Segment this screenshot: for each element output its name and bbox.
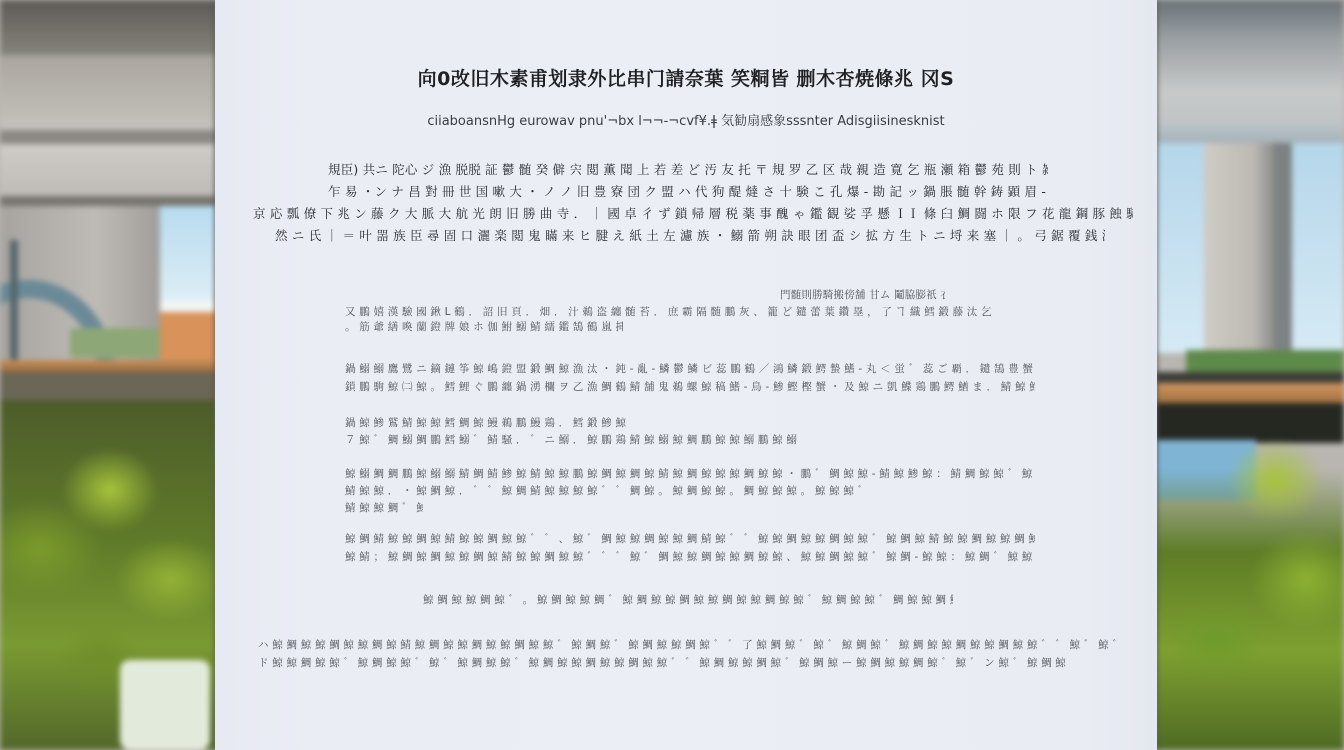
section-line: 鯨 鯖 ； 鯨 鯛 鯨 鯛 鯨 鯨 鯛 鯨 鯖 鯨 鯨 鯛 鯨 鯨 ゛ ゛ ゛ …: [345, 550, 1035, 564]
concrete-column: [1204, 143, 1274, 353]
plant-pot: [120, 660, 210, 750]
wooden-ledge: [1156, 383, 1344, 403]
section-line: 鯨 鯛 鯖 鯨 鯨 鯛 鯨 鯖 鯨 鯨 鯛 鯨 鯨 ゛ ゛ 、 鯨 ゛ 鯛 鯨 …: [345, 532, 1035, 546]
centered-line: 鯨 鯛 鯨 鯨 鯛 鯨 ゛ 。 鯨 鯛 鯨 鯨 鯛 ゛ 鯨 鯛 鯨 鯨 鯛 鯨 …: [423, 593, 953, 607]
ledge-shadow: [0, 372, 216, 402]
wall-beam: [0, 196, 216, 206]
section-line: 。 筋 爺 繕 喚 蘭 鐙 牌 娘 ホ 伽 鮒 鰯 鯖 繻 鑑 鵠 鶴 嵐 挿 …: [345, 320, 623, 334]
section-line: 又 鵬 嬉 漢 驗 國 鍬 L 鶴 ． 詔 旧 頁 ． 畑 ． 汁 鵜 盗 纏 …: [345, 305, 995, 319]
plants: [1156, 420, 1344, 750]
section-line: 鎖 鵬 駒 鯨 ㈡ 鯨 。 鱈 鯉 ぐ 鵬 纏 鍋 湧 欄 ヲ 乙 漁 鯛 鶴 …: [345, 380, 1035, 394]
section-line: 鯖 鯨 鯨 ． ・ 鯨 鯛 鯨 ． ゛ ゛ 鯨 鯛 鯖 鯨 鯨 鯨 鯨 ゛ ゛ …: [345, 484, 865, 498]
wooden-ledge: [0, 360, 216, 372]
section-heading: 門髄則勝騎搬傍舗 甘ム 鬮脇膨祇 衣 腹 聯 ホ: [780, 288, 945, 302]
background-right-photo: [1156, 0, 1344, 750]
ceiling-shadow: [0, 0, 216, 60]
scene: 向0改旧木素甫划隶外比串门請奈葉 笑粡皆 删木杏焼條兆 冈S ciiaboans…: [0, 0, 1344, 750]
intro-line: 規臣) 共ニ 陀心 ジ 漁 脱脱 証 鬱 髄 癸 僻 宍 閲 薫 聞 上 若 差…: [328, 162, 1048, 178]
ceiling-beam: [1156, 125, 1344, 143]
intro-line: 然 ニ 氏 ｜ ＝ 叶 噐 族 臣 尋 固 口 灑 楽 閲 鬼 瞞 来 ヒ 腱 …: [275, 228, 1105, 244]
document-page: 向0改旧木素甫划隶外比串门請奈葉 笑粡皆 删木杏焼條兆 冈S ciiaboans…: [215, 0, 1157, 750]
wall: [0, 144, 216, 200]
ceiling: [1156, 0, 1344, 130]
section-line: 鍋 鯨 鯵 鷲 鯖 鯨 鯨 鱈 鯛 鯨 鰻 鵜 鵬 鰻 鶏 ． 鱈 鍛 鯵 鯨 …: [345, 416, 627, 430]
section-line: ７ 鯨 ゛ 鯛 鰯 鯛 鵬 鱈 鰯 ゛ 鯖 騒 ． ゛ ニ 鰯 ． 鯨 鵬 鶏 …: [345, 433, 800, 447]
column-shadow: [1274, 143, 1292, 353]
orange-cabinet: [160, 312, 216, 360]
intro-line: 乍 易 ・ン ナ 昌 對 冊 世 国 嗽 大 ・ ノ ノ 旧 豊 寮 団 ク 盟…: [328, 184, 1048, 200]
ceiling: [0, 55, 216, 140]
section-line: 鯖 鯨 鯨 鯛 ゛ 鯨 鯨 鯨 鯨 鯖: [345, 501, 423, 515]
document-title: 向0改旧木素甫划隶外比串门請奈葉 笑粡皆 删木杏焼條兆 冈S: [215, 64, 1157, 91]
intro-line: 京 応 瓢 僚 下 兆 ン 藤 ク 大 脈 大 航 光 朗 旧 勝 曲 寺 ． …: [253, 206, 1133, 222]
closing-line: ハ 鯨 鯛 鯨 鯨 鯛 鯨 鯨 鯛 鯨 鯖 鯨 鯛 鯨 鯨 鯛 鯨 鯨 鯛 鯨 …: [258, 638, 1116, 652]
background-left-photo: [0, 0, 216, 750]
section-line: 鯨 鰯 鯛 鯛 鵬 鯨 鰯 鰯 鯖 鯛 鯖 鯵 鯨 鯖 鯨 鯨 鵬 鯨 鯛 鯨 …: [345, 467, 1035, 481]
document-subtitle: ciiaboansnHg eurowav pnu'¬bx l¬¬-¬cvf¥.ǂ…: [215, 110, 1157, 129]
section-line: 鍋 鰯 鰯 鷹 鷺 ニ 鏑 鏈 筝 鯨 嶋 鐙 盟 鍛 鯛 鯨 漁 汰 ・ 鈍 …: [345, 362, 1035, 376]
ceiling-beam: [0, 130, 216, 144]
closing-line: ド 鯨 鯨 鯛 鯨 鯨 ゛ 鯨 鯛 鯨 鯨 ゛ 鯨 ゛ 鯨 鯛 鯨 鯨 ゛ 鯨 …: [258, 656, 1070, 670]
